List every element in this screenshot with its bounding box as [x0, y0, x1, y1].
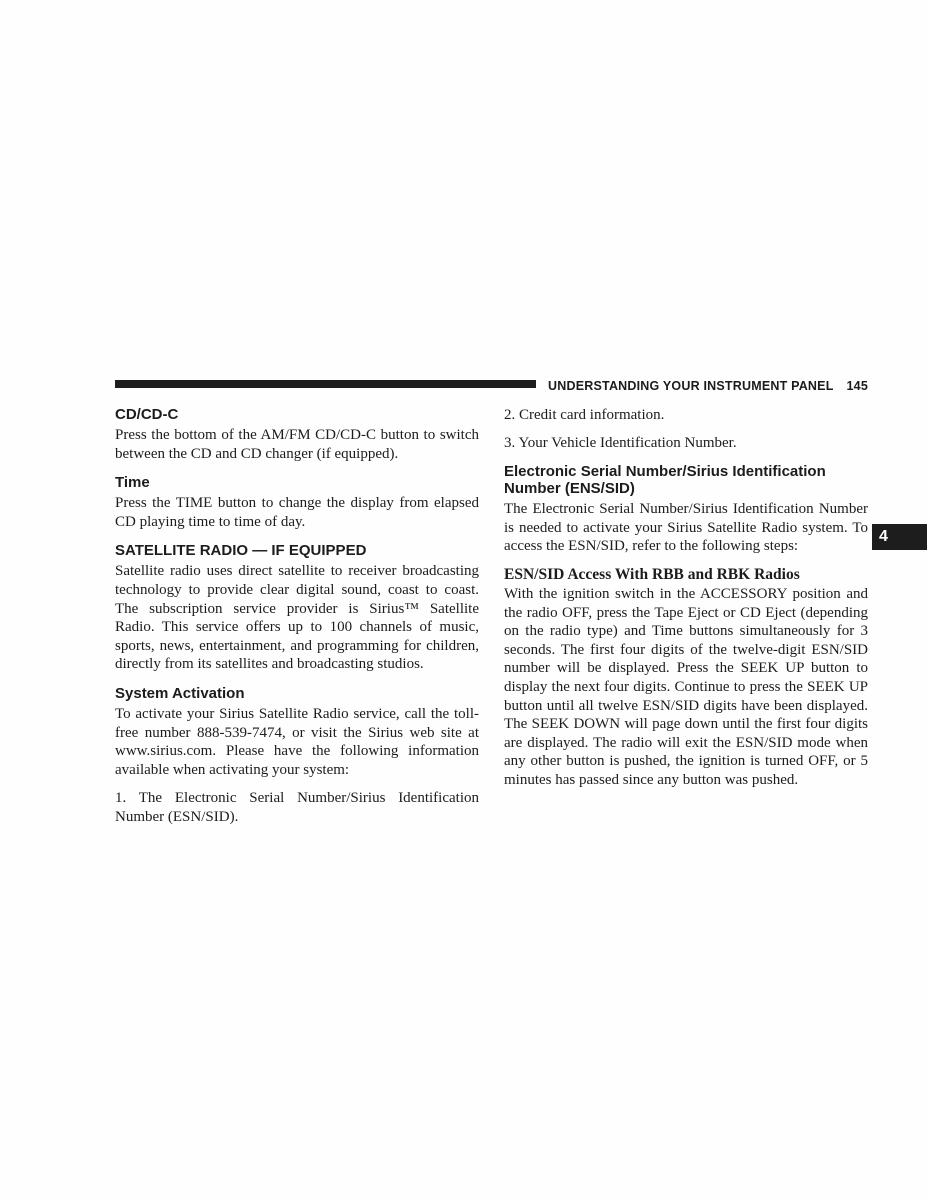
section-body-esn-sid: The Electronic Serial Number/Sirius Iden…: [504, 500, 868, 556]
section-heading-system-activation: System Activation: [115, 685, 479, 702]
chapter-tab-number: 4: [879, 528, 888, 546]
column-left: CD/CD-C Press the bottom of the AM/FM CD…: [115, 399, 479, 836]
section-heading-satellite-radio: SATELLITE RADIO — IF EQUIPPED: [115, 542, 479, 559]
page-number: 145: [847, 379, 868, 393]
header-rule: [115, 380, 536, 388]
chapter-tab: 4: [872, 524, 927, 550]
list-item-3: 3. Your Vehicle Identification Number.: [504, 434, 868, 453]
section-body-cd-cdc: Press the bottom of the AM/FM CD/CD-C bu…: [115, 426, 479, 463]
section-body-satellite-radio: Satellite radio uses direct satellite to…: [115, 562, 479, 674]
section-body-system-activation: To activate your Sirius Satellite Radio …: [115, 705, 479, 779]
section-heading-cd-cdc: CD/CD-C: [115, 406, 479, 423]
section-heading-time: Time: [115, 474, 479, 491]
list-item-1: 1. The Electronic Serial Number/Sirius I…: [115, 789, 479, 826]
header-title-text: UNDERSTANDING YOUR INSTRUMENT PANEL: [548, 379, 833, 393]
page-header: UNDERSTANDING YOUR INSTRUMENT PANEL145: [115, 378, 868, 392]
manual-page: UNDERSTANDING YOUR INSTRUMENT PANEL145 C…: [0, 0, 927, 1200]
section-body-time: Press the TIME button to change the disp…: [115, 494, 479, 531]
column-right: 2. Credit card information. 3. Your Vehi…: [504, 399, 868, 836]
running-header: UNDERSTANDING YOUR INSTRUMENT PANEL145: [548, 379, 868, 393]
section-body-esn-sid-access: With the ignition switch in the ACCESSOR…: [504, 585, 868, 790]
section-heading-esn-sid: Electronic Serial Number/Sirius Identifi…: [504, 463, 868, 497]
list-item-2: 2. Credit card information.: [504, 406, 868, 425]
two-column-layout: CD/CD-C Press the bottom of the AM/FM CD…: [115, 399, 868, 836]
section-heading-esn-sid-access: ESN/SID Access With RBB and RBK Radios: [504, 566, 868, 583]
